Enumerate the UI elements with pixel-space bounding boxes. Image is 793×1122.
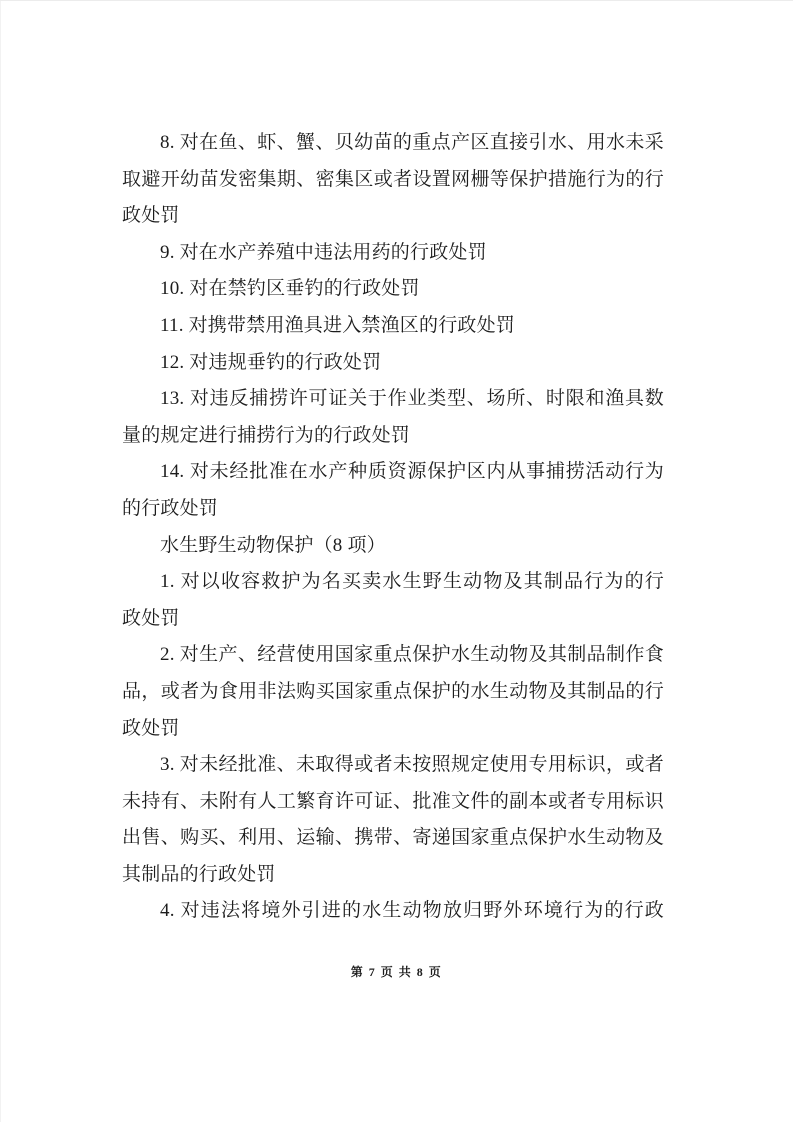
text-line: 量的规定进行捕捞行为的行政处罚 — [122, 418, 664, 455]
text-line: 11. 对携带禁用渔具进入禁渔区的行政处罚 — [122, 308, 664, 345]
text-line: 的行政处罚 — [122, 491, 664, 528]
text-line: 2. 对生产、经营使用国家重点保护水生动物及其制品制作食 — [122, 637, 664, 674]
text-line: 3. 对未经批准、未取得或者未按照规定使用专用标识，或者 — [122, 747, 664, 784]
text-line: 取避开幼苗发密集期、密集区或者设置网栅等保护措施行为的行 — [122, 162, 664, 199]
text-line: 1. 对以收容救护为名买卖水生野生动物及其制品行为的行 — [122, 564, 664, 601]
text-line: 14. 对未经批准在水产种质资源保护区内从事捕捞活动行为 — [122, 454, 664, 491]
document-body: 8. 对在鱼、虾、蟹、贝幼苗的重点产区直接引水、用水未采取避开幼苗发密集期、密集… — [122, 125, 664, 930]
text-line: 10. 对在禁钓区垂钓的行政处罚 — [122, 271, 664, 308]
text-line: 政处罚 — [122, 601, 664, 638]
text-line: 出售、购买、利用、运输、携带、寄递国家重点保护水生动物及 — [122, 820, 664, 857]
text-line: 未持有、未附有人工繁育许可证、批准文件的副本或者专用标识 — [122, 784, 664, 821]
text-line: 品，或者为食用非法购买国家重点保护的水生动物及其制品的行 — [122, 674, 664, 711]
text-line: 8. 对在鱼、虾、蟹、贝幼苗的重点产区直接引水、用水未采 — [122, 125, 664, 162]
text-line: 13. 对违反捕捞许可证关于作业类型、场所、时限和渔具数 — [122, 381, 664, 418]
page-number-label: 第 7 页 共 8 页 — [351, 965, 443, 979]
text-line: 4. 对违法将境外引进的水生动物放归野外环境行为的行政 — [122, 893, 664, 930]
text-line: 其制品的行政处罚 — [122, 857, 664, 894]
text-line: 水生野生动物保护（8 项） — [122, 528, 664, 565]
text-line: 政处罚 — [122, 198, 664, 235]
page-footer: 第 7 页 共 8 页 — [0, 964, 793, 981]
text-line: 政处罚 — [122, 711, 664, 748]
text-line: 9. 对在水产养殖中违法用药的行政处罚 — [122, 235, 664, 272]
document-page: 8. 对在鱼、虾、蟹、贝幼苗的重点产区直接引水、用水未采取避开幼苗发密集期、密集… — [0, 0, 793, 1122]
text-line: 12. 对违规垂钓的行政处罚 — [122, 345, 664, 382]
